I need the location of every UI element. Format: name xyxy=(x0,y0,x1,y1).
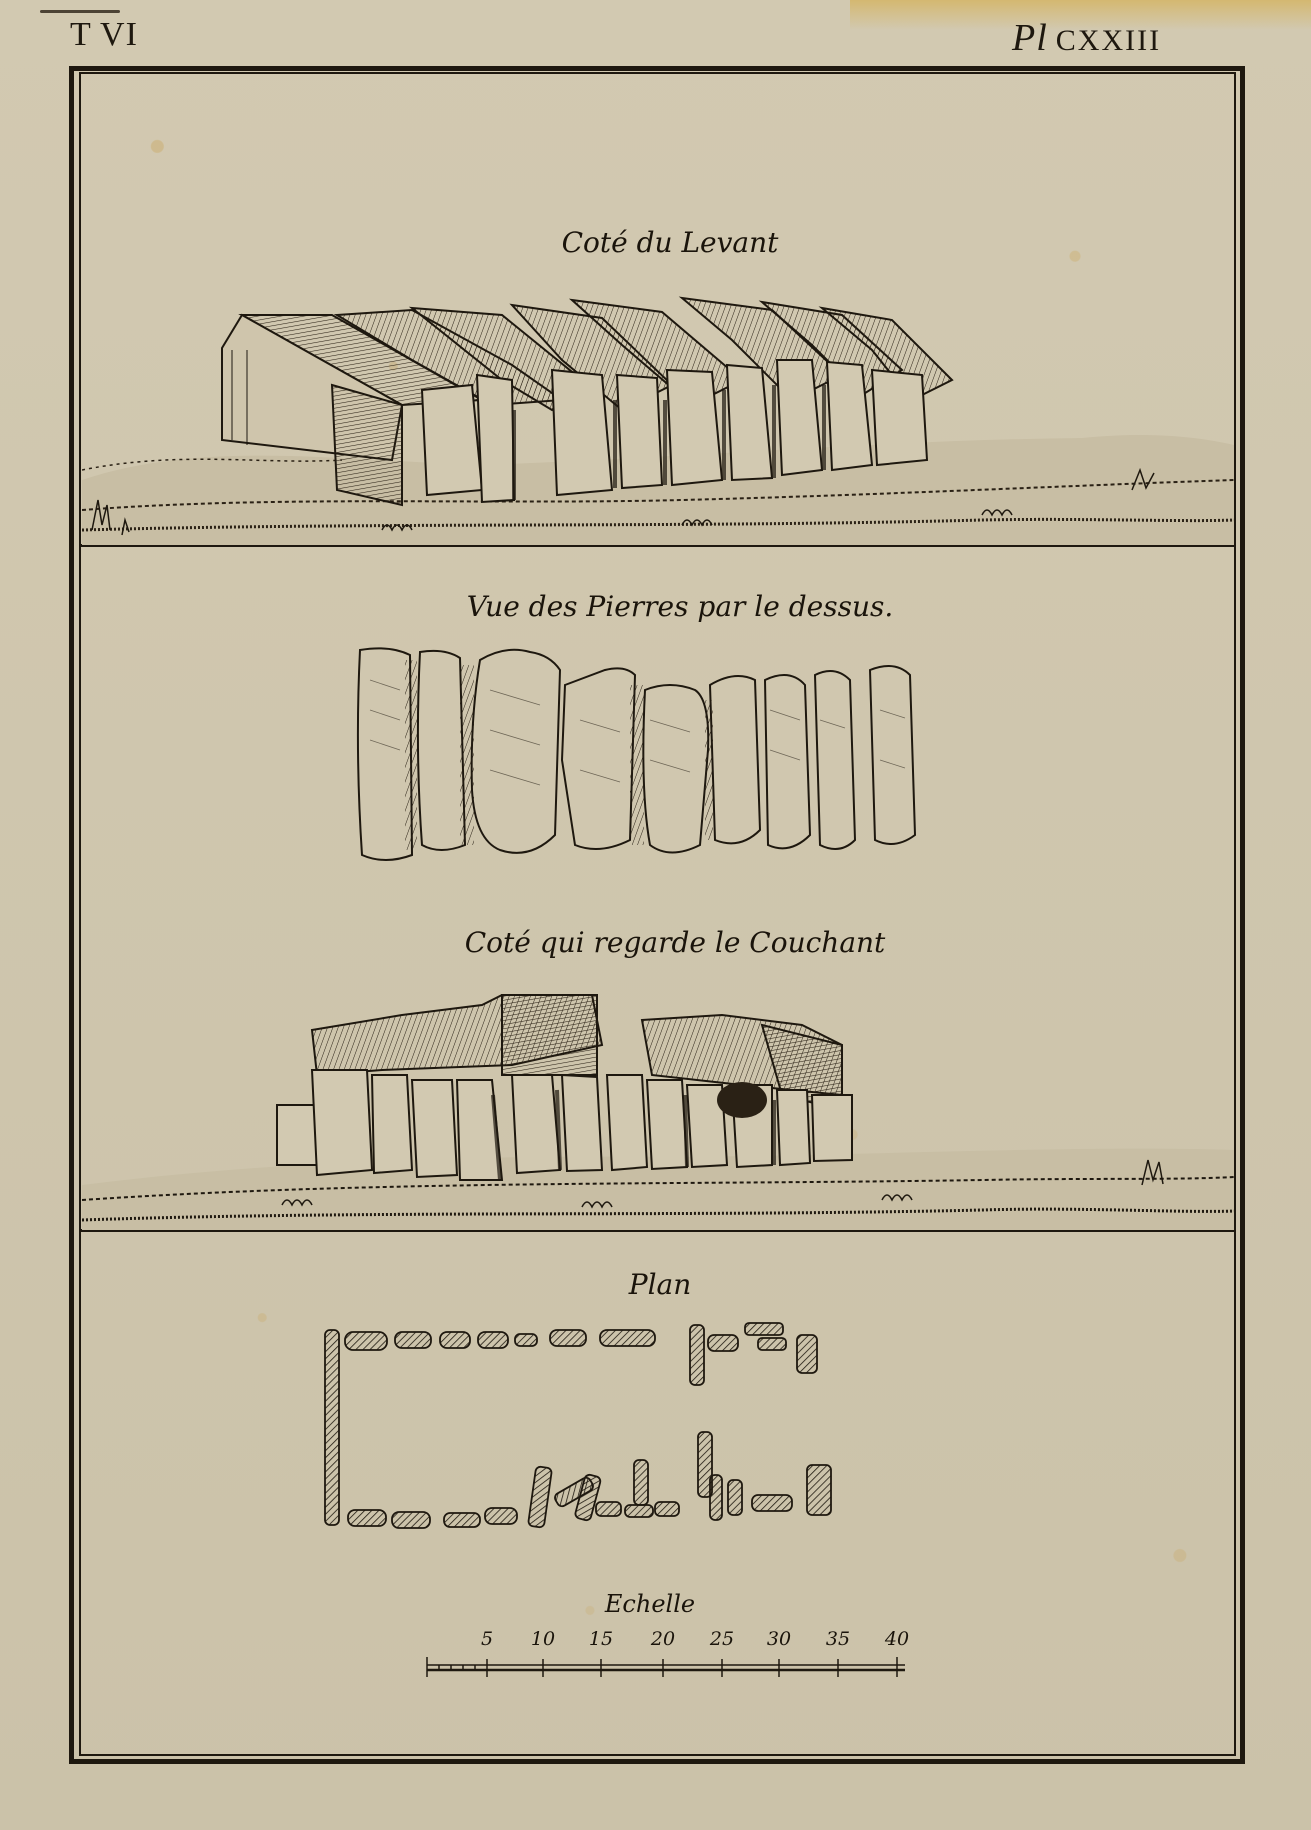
caption-levant: Coté du Levant xyxy=(562,226,779,259)
levant-illustration xyxy=(82,290,1234,545)
dessus-illustration xyxy=(350,640,980,870)
scale-tick-label: 5 xyxy=(481,1628,493,1650)
couchant-illustration xyxy=(82,985,1234,1230)
scale-tick-label: 30 xyxy=(767,1628,791,1650)
plate-prefix: Pl xyxy=(1012,17,1048,59)
plan-diagram xyxy=(310,1310,1010,1540)
scale-tick-label: 25 xyxy=(710,1628,734,1650)
caption-couchant: Coté qui regarde le Couchant xyxy=(465,926,886,959)
plate-number-label: PlCXXIII xyxy=(1012,16,1161,60)
caption-plan: Plan xyxy=(629,1268,692,1301)
caption-dessus: Vue des Pierres par le dessus. xyxy=(467,590,894,623)
scale-title: Echelle xyxy=(605,1590,695,1618)
tome-label: T VI xyxy=(70,16,138,54)
ink-mark xyxy=(40,10,120,13)
scale-bar xyxy=(420,1655,920,1679)
scale-tick-label: 20 xyxy=(651,1628,675,1650)
scale-tick-label: 40 xyxy=(885,1628,909,1650)
plate-number: CXXIII xyxy=(1056,24,1161,57)
scale-tick-label: 35 xyxy=(826,1628,850,1650)
scale-tick-label: 10 xyxy=(531,1628,555,1650)
scale-tick-label: 15 xyxy=(589,1628,613,1650)
